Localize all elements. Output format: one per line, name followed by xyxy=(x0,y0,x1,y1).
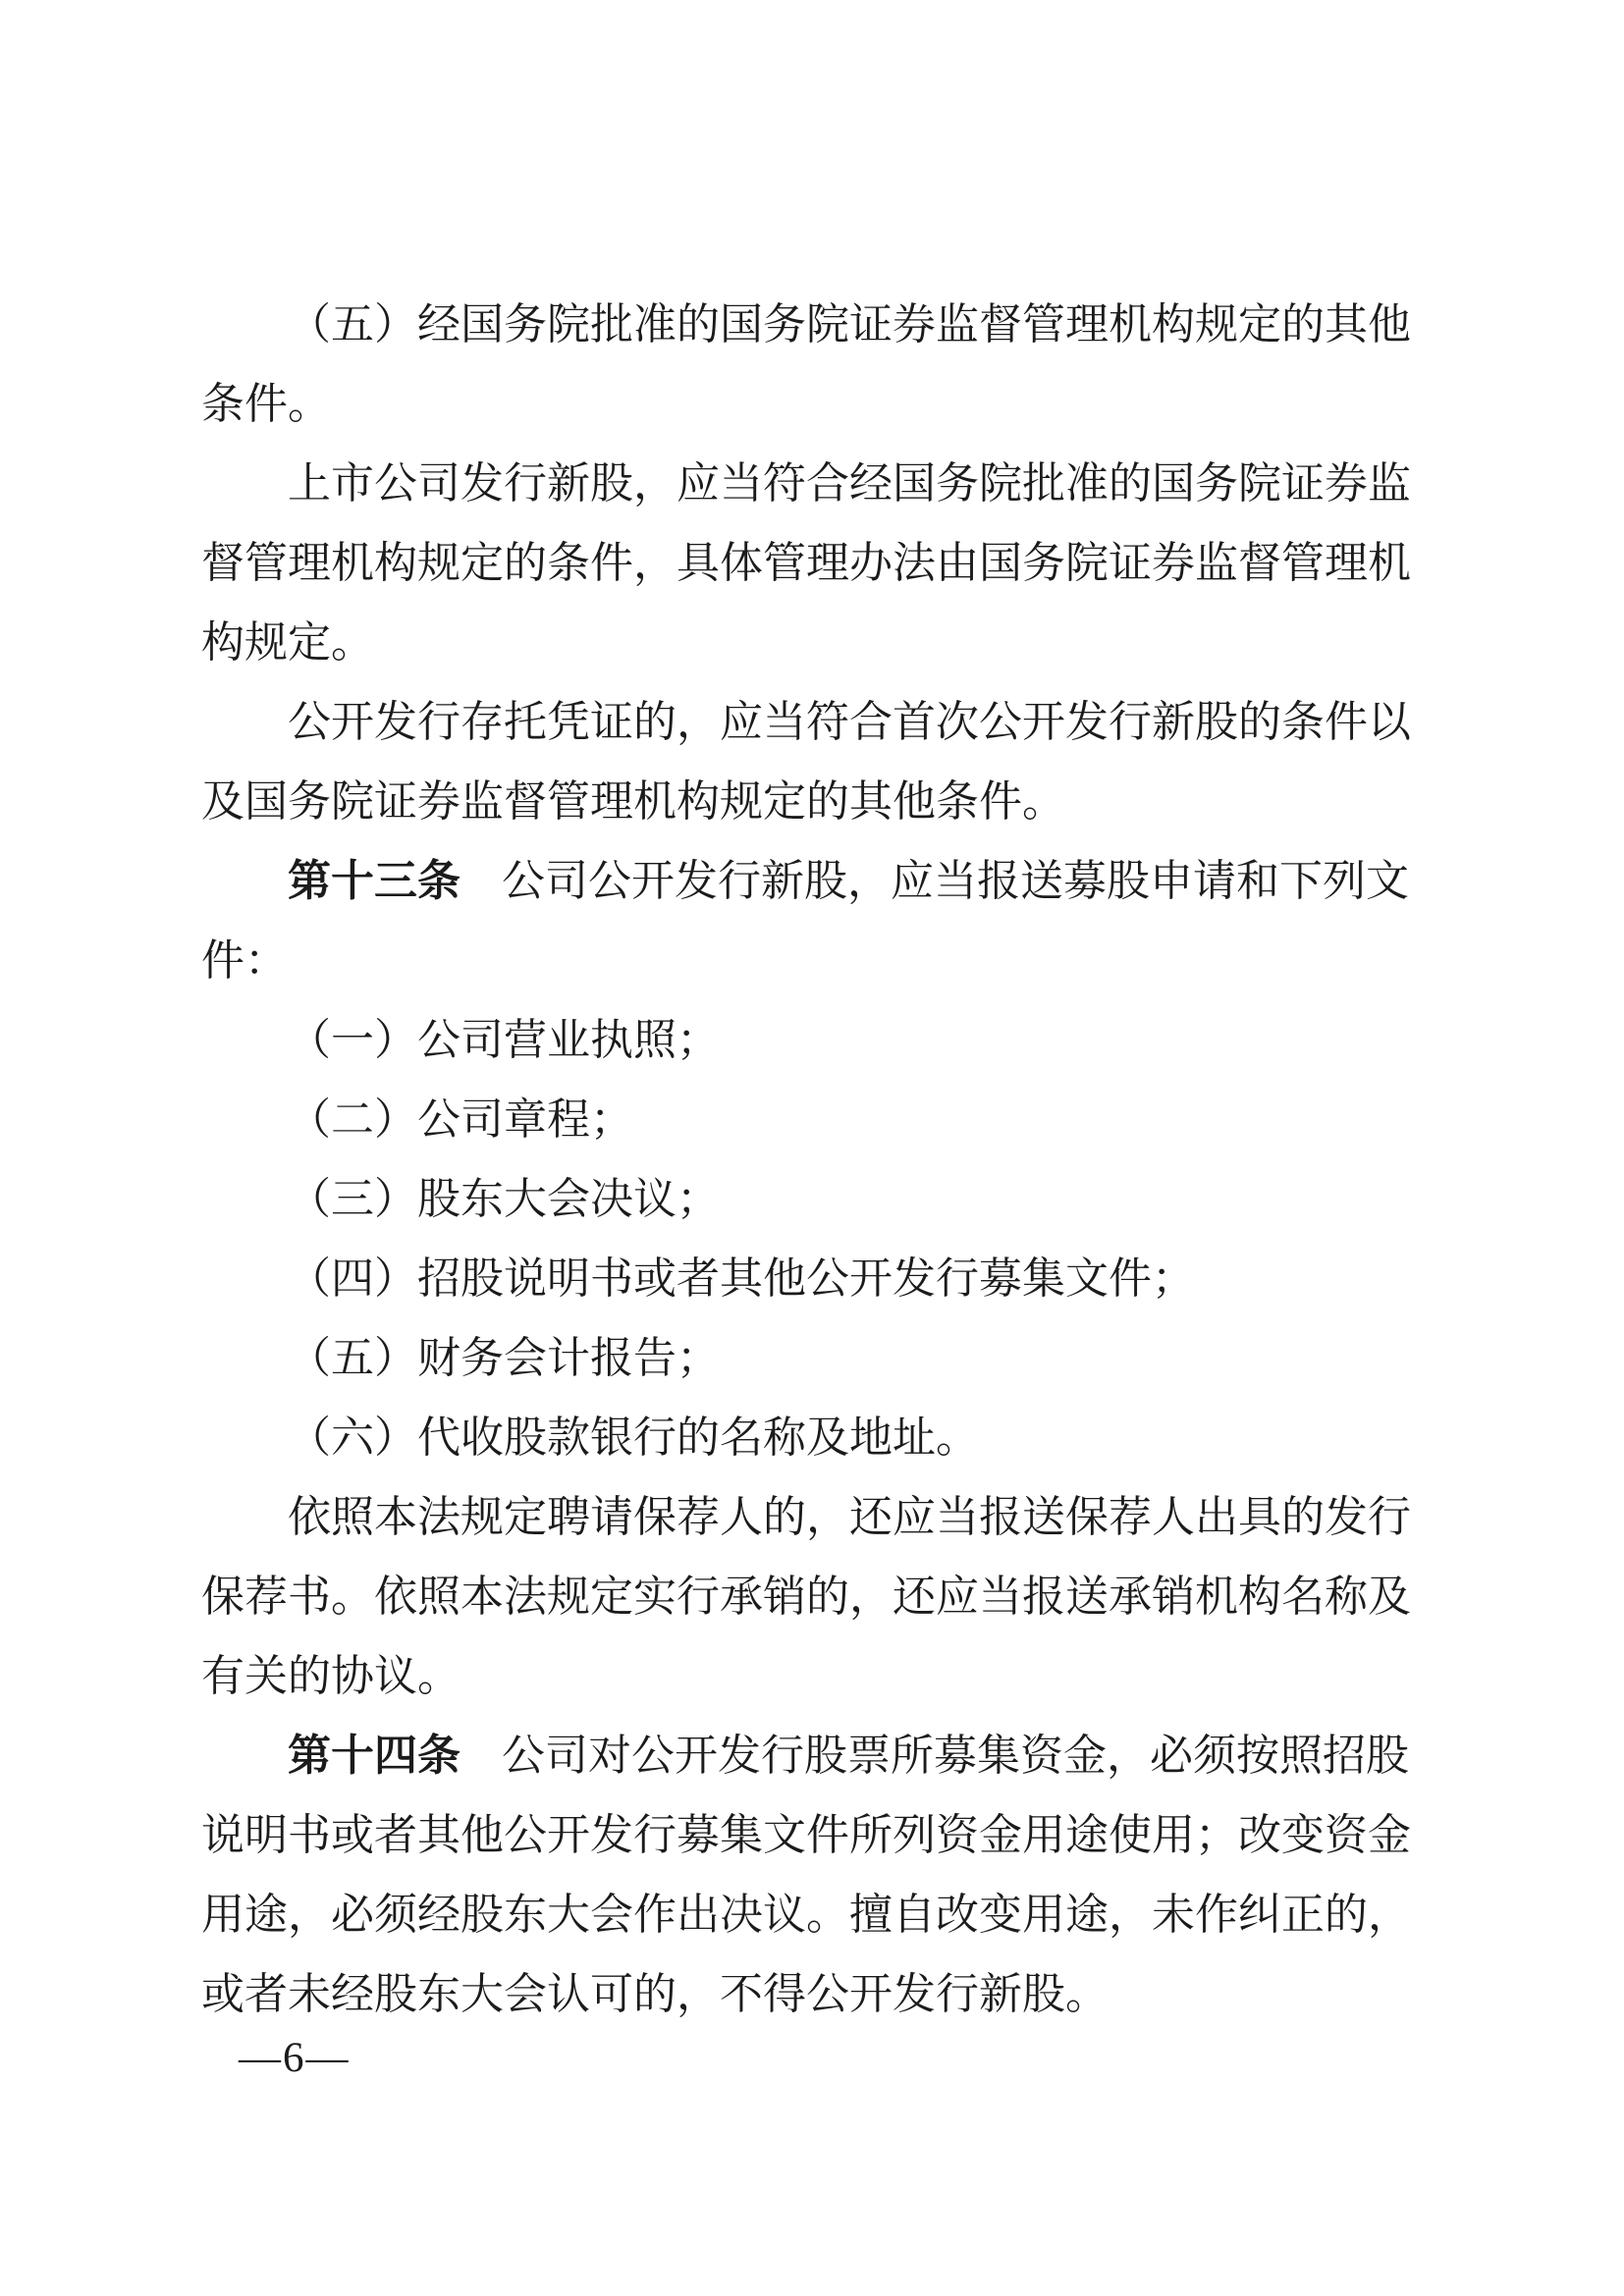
article-13-number: 第十三条 xyxy=(288,857,460,905)
line-text: 公司公开发行新股，应当报送募股申请和下列文 xyxy=(502,857,1409,905)
text-line: 构规定。 xyxy=(201,603,1419,682)
text-line: 或者未经股东大会认可的，不得公开发行新股。 xyxy=(201,1954,1419,2034)
line-text: 用途，必须经股东大会作出决议。擅自改变用途，未作纠正的， xyxy=(201,1891,1411,1939)
article-14-number: 第十四条 xyxy=(288,1732,460,1780)
list-item-4: （四）招股说明书或者其他公开发行募集文件； xyxy=(201,1239,1419,1318)
document-body: （五）经国务院批准的国务院证券监督管理机构规定的其他 条件。 上市公司发行新股，… xyxy=(201,285,1419,2034)
article-13-heading-line: 第十三条公司公开发行新股，应当报送募股申请和下列文 xyxy=(201,841,1419,921)
line-text: （六）代收股款银行的名称及地址。 xyxy=(288,1414,979,1462)
list-item-1: （一）公司营业执照； xyxy=(201,1000,1419,1080)
page-number: —6— xyxy=(239,2034,351,2083)
line-text: （四）招股说明书或者其他公开发行募集文件； xyxy=(288,1255,1195,1303)
line-text: 条件。 xyxy=(201,380,331,428)
text-line: 依照本法规定聘请保荐人的，还应当报送保荐人出具的发行 xyxy=(201,1477,1419,1557)
text-line: 说明书或者其他公开发行募集文件所列资金用途使用；改变资金 xyxy=(201,1795,1419,1875)
list-item-6: （六）代收股款银行的名称及地址。 xyxy=(201,1398,1419,1477)
line-text: 构规定。 xyxy=(201,618,374,667)
line-text: 上市公司发行新股，应当符合经国务院批准的国务院证券监 xyxy=(288,459,1411,507)
line-text: 公司对公开发行股票所募集资金，必须按照招股 xyxy=(502,1732,1409,1780)
list-item-5: （五）财务会计报告； xyxy=(201,1318,1419,1398)
line-text: 督管理机构规定的条件，具体管理办法由国务院证券监督管理机 xyxy=(201,539,1411,587)
text-line: 条件。 xyxy=(201,364,1419,444)
line-text: 及国务院证券监督管理机构规定的其他条件。 xyxy=(201,777,1065,826)
text-line: 件： xyxy=(201,921,1419,1000)
line-text: （五）财务会计报告； xyxy=(288,1334,720,1382)
line-text: （一）公司营业执照； xyxy=(288,1016,720,1064)
line-text: 或者未经股东大会认可的，不得公开发行新股。 xyxy=(201,1970,1109,2018)
text-line: 公开发行存托凭证的，应当符合首次公开发行新股的条件以 xyxy=(201,682,1419,762)
line-text: 有关的协议。 xyxy=(201,1652,460,1700)
document-page: （五）经国务院批准的国务院证券监督管理机构规定的其他 条件。 上市公司发行新股，… xyxy=(0,0,1624,2296)
text-line: 督管理机构规定的条件，具体管理办法由国务院证券监督管理机 xyxy=(201,523,1419,603)
line-text: 保荐书。依照本法规定实行承销的，还应当报送承销机构名称及 xyxy=(201,1573,1411,1621)
text-line: 有关的协议。 xyxy=(201,1636,1419,1716)
text-line: 及国务院证券监督管理机构规定的其他条件。 xyxy=(201,762,1419,841)
line-text: （五）经国务院批准的国务院证券监督管理机构规定的其他 xyxy=(288,300,1411,348)
line-text: （二）公司章程； xyxy=(288,1095,633,1144)
line-text: 说明书或者其他公开发行募集文件所列资金用途使用；改变资金 xyxy=(201,1811,1411,1859)
line-text: 依照本法规定聘请保荐人的，还应当报送保荐人出具的发行 xyxy=(288,1493,1411,1541)
text-line: （五）经国务院批准的国务院证券监督管理机构规定的其他 xyxy=(201,285,1419,364)
line-text: 件： xyxy=(201,936,288,985)
list-item-3: （三）股东大会决议； xyxy=(201,1159,1419,1239)
article-14-heading-line: 第十四条公司对公开发行股票所募集资金，必须按照招股 xyxy=(201,1716,1419,1795)
text-line: 保荐书。依照本法规定实行承销的，还应当报送承销机构名称及 xyxy=(201,1557,1419,1636)
line-text: 公开发行存托凭证的，应当符合首次公开发行新股的条件以 xyxy=(288,698,1411,746)
list-item-2: （二）公司章程； xyxy=(201,1080,1419,1159)
text-line: 用途，必须经股东大会作出决议。擅自改变用途，未作纠正的， xyxy=(201,1875,1419,1954)
line-text: （三）股东大会决议； xyxy=(288,1175,720,1223)
text-line: 上市公司发行新股，应当符合经国务院批准的国务院证券监 xyxy=(201,444,1419,523)
